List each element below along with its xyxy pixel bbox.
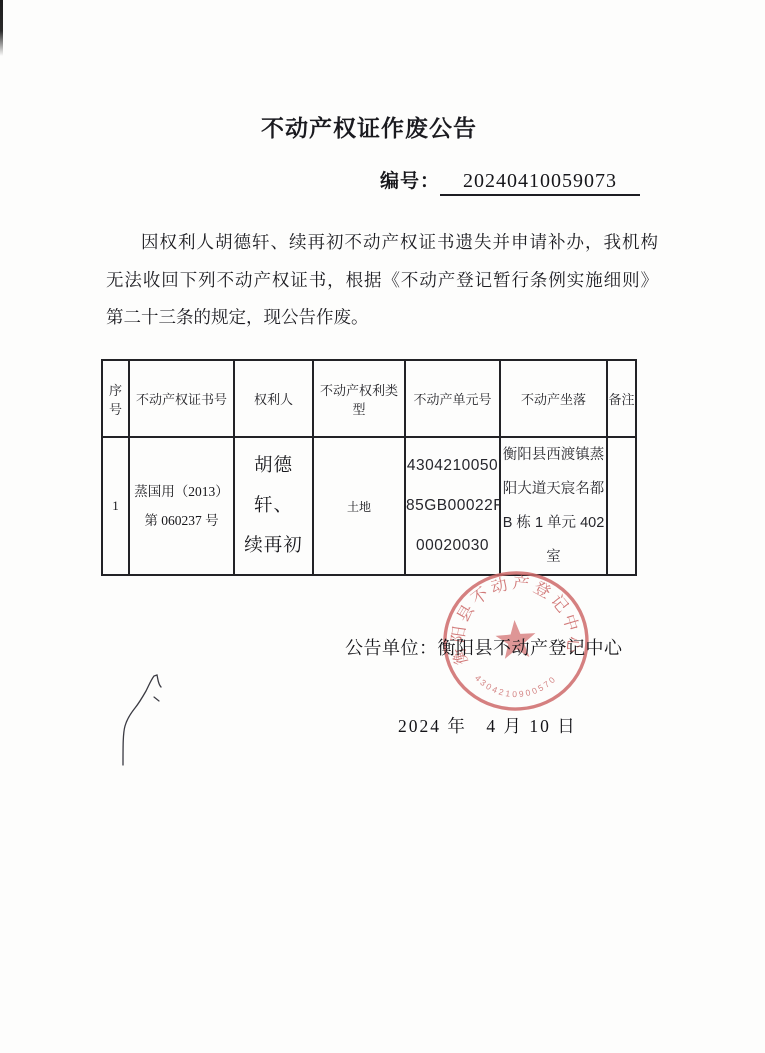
cell-right-type: 土地 — [313, 437, 405, 575]
location-line: 衡阳县西渡镇蒸 — [501, 438, 606, 472]
location-line: 阳大道天宸名都 — [501, 472, 606, 506]
cert-no-line: 第 060237 号 — [130, 506, 233, 535]
page-title: 不动产权证作废公告 — [90, 110, 648, 143]
col-header-seq: 序号 — [102, 360, 129, 437]
col-header-location: 不动产坐落 — [500, 360, 607, 437]
date-line: 2024 年 4 月 10 日 — [398, 713, 577, 738]
notice-document-page: 不动产权证作废公告 编号：20240410059073 因权利人胡德轩、续再初不… — [0, 0, 765, 1053]
col-header-cert-no: 不动产权证书号 — [129, 360, 234, 437]
cell-cert-no: 蒸国用（2013） 第 060237 号 — [129, 437, 234, 575]
unit-no-line: 85GB00022F — [406, 486, 499, 526]
svg-text:4304210900570: 4304210900570 — [472, 667, 559, 702]
serial-number-label: 编号： — [380, 171, 440, 192]
body-line: 无法收回下列不动产权证书，根据《不动产登记暂行条例实施细则》 — [106, 262, 658, 300]
col-header-unit-no: 不动产单元号 — [405, 360, 500, 437]
cell-location: 衡阳县西渡镇蒸 阳大道天宸名都 B 栋 1 单元 402 室 — [500, 437, 607, 575]
holder-line: 胡德轩、 — [235, 446, 312, 526]
serial-number-line: 编号：20240410059073 — [380, 166, 640, 196]
unit-no-line: 00020030 — [406, 526, 499, 566]
certificate-table: 序号 不动产权证书号 权利人 不动产权利类型 不动产单元号 不动产坐落 备注 1… — [101, 359, 637, 576]
location-line: B 栋 1 单元 402 — [501, 506, 606, 540]
cell-seq: 1 — [102, 437, 129, 575]
table-header-row: 序号 不动产权证书号 权利人 不动产权利类型 不动产单元号 不动产坐落 备注 — [102, 360, 636, 437]
publisher-line: 公告单位：衡阳县不动产登记中心 — [345, 634, 623, 660]
col-header-right-type: 不动产权利类型 — [313, 360, 405, 437]
body-line: 第二十三条的规定，现公告作废。 — [106, 299, 658, 337]
pen-scribble-mark — [110, 665, 170, 770]
serial-number-value: 20240410059073 — [440, 170, 640, 196]
seal-number-text: 4304210900570 — [472, 667, 559, 702]
notice-body-paragraph: 因权利人胡德轩、续再初不动产权证书遗失并申请补办，我机构 无法收回下列不动产权证… — [106, 224, 658, 337]
table-row: 1 蒸国用（2013） 第 060237 号 胡德轩、 续再初 土地 43042… — [102, 437, 636, 575]
cell-holder: 胡德轩、 续再初 — [234, 437, 313, 575]
cert-no-line: 蒸国用（2013） — [130, 477, 233, 506]
cell-unit-no: 4304210050 85GB00022F 00020030 — [405, 437, 500, 575]
scan-edge-artifact — [0, 0, 3, 56]
col-header-holder: 权利人 — [234, 360, 313, 437]
body-line: 因权利人胡德轩、续再初不动产权证书遗失并申请补办，我机构 — [106, 224, 658, 262]
cell-remark — [607, 437, 636, 575]
holder-line: 续再初 — [235, 526, 312, 566]
col-header-remark: 备注 — [607, 360, 636, 437]
unit-no-line: 4304210050 — [406, 446, 499, 486]
